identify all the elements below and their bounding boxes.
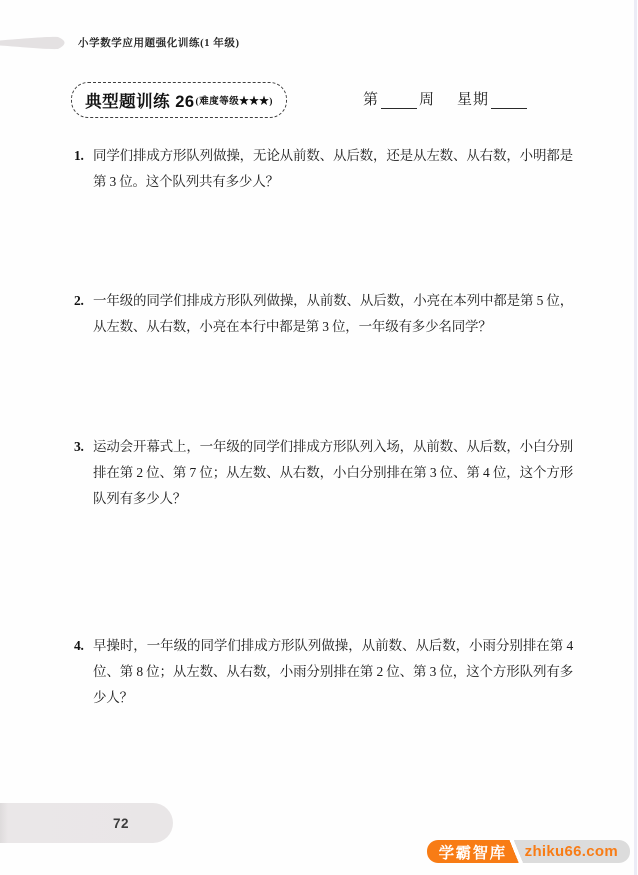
problem-text: 同学们排成方形队列做操，无论从前数、从后数，还是从左数、从右数，小明都是第 3 …	[93, 143, 573, 195]
swoosh-shape-icon	[0, 36, 72, 50]
watermark-brand: 学霸智库	[427, 840, 509, 863]
problem-number: 2.	[74, 288, 93, 314]
page-number: 72	[113, 816, 129, 831]
problem-text: 运动会开幕式上，一年级的同学们排成方形队列入场，从前数、从后数，小白分别排在第 …	[93, 434, 573, 512]
problem-number: 1.	[74, 143, 93, 169]
week-day-line: 第 周 星期	[363, 88, 529, 109]
week-blank-underline	[381, 92, 417, 109]
week-prefix-label: 第	[363, 88, 379, 109]
day-label: 星期	[457, 88, 489, 109]
week-suffix-label: 周	[419, 88, 435, 109]
problem-item-1: 1. 同学们排成方形队列做操，无论从前数、从后数，还是从左数、从右数，小明都是第…	[74, 143, 573, 195]
page-number-pill: 72	[0, 803, 173, 843]
problem-number: 3.	[74, 434, 93, 460]
problem-item-3: 3. 运动会开幕式上，一年级的同学们排成方形队列入场，从前数、从后数，小白分别排…	[74, 434, 573, 512]
problem-item-2: 2. 一年级的同学们排成方形队列做操，从前数、从后数，小亮在本列中都是第 5 位…	[74, 288, 573, 340]
lesson-title-box: 典型题训练 26 (难度等级★★★)	[71, 82, 287, 118]
header-swoosh-decoration	[0, 36, 72, 50]
book-header-title: 小学数学应用题强化训练(1 年级)	[78, 35, 240, 50]
day-blank-underline	[491, 92, 527, 109]
problem-text: 一年级的同学们排成方形队列做操，从前数、从后数，小亮在本列中都是第 5 位，从左…	[93, 288, 573, 340]
problem-text: 早操时，一年级的同学们排成方形队列做操，从前数、从后数，小雨分别排在第 4 位、…	[93, 633, 573, 711]
watermark-slant-divider	[509, 840, 523, 863]
page-edge	[634, 0, 637, 875]
lesson-title: 典型题训练 26	[85, 88, 194, 112]
problem-number: 4.	[74, 633, 93, 659]
watermark-site-url: zhiku66.com	[523, 840, 630, 863]
watermark-banner: 学霸智库 zhiku66.com	[427, 840, 630, 863]
lesson-difficulty: (难度等级★★★)	[196, 93, 273, 107]
problem-item-4: 4. 早操时，一年级的同学们排成方形队列做操，从前数、从后数，小雨分别排在第 4…	[74, 633, 573, 711]
